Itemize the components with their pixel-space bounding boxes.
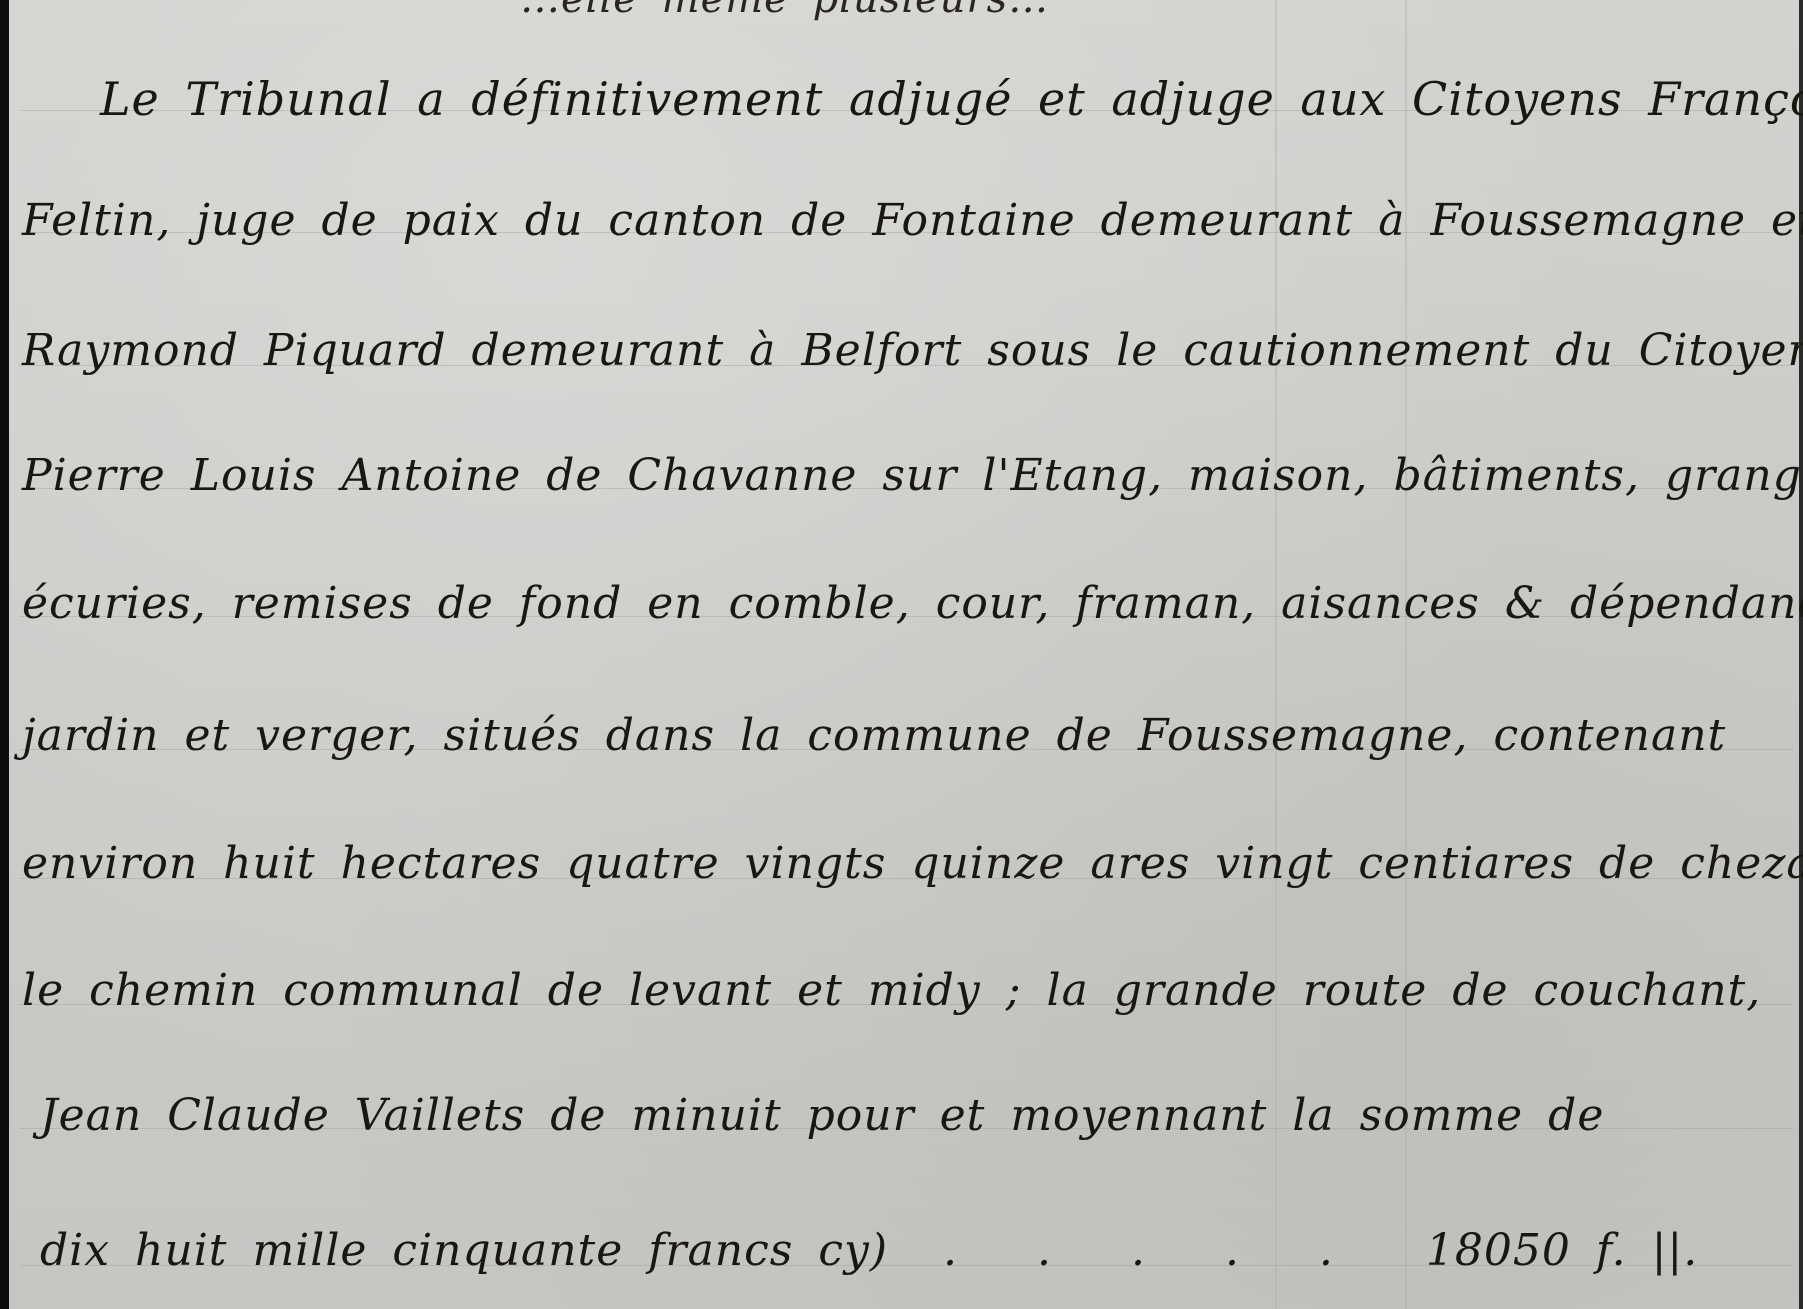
dot-leader: . . . . . (943, 1225, 1361, 1276)
manuscript-page: …elle même plusieurs… Le Tribunal a défi… (0, 0, 1803, 1309)
final-line-text: dix huit mille cinquante francs cy) (40, 1225, 888, 1276)
manuscript-line-5: écuries, remises de fond en comble, cour… (22, 578, 1803, 629)
manuscript-line-9: Jean Claude Vaillets de minuit pour et m… (40, 1090, 1604, 1141)
page-left-edge (0, 0, 9, 1309)
final-amount: 18050 f. ||. (1426, 1225, 1698, 1276)
manuscript-line-6: jardin et verger, situés dans la commune… (22, 710, 1726, 761)
manuscript-line-4: Pierre Louis Antoine de Chavanne sur l'E… (22, 450, 1803, 501)
top-fragment-text: …elle même plusieurs… (520, 0, 1049, 22)
manuscript-line-2: Feltin, juge de paix du canton de Fontai… (22, 195, 1803, 246)
manuscript-line-1: Le Tribunal a définitivement adjugé et a… (100, 72, 1803, 126)
manuscript-line-3: Raymond Piquard demeurant à Belfort sous… (22, 325, 1803, 376)
manuscript-line-10: dix huit mille cinquante francs cy) . . … (40, 1225, 1698, 1276)
manuscript-line-8: le chemin communal de levant et midy ; l… (22, 965, 1761, 1016)
manuscript-line-7: environ huit hectares quatre vingts quin… (22, 838, 1803, 889)
